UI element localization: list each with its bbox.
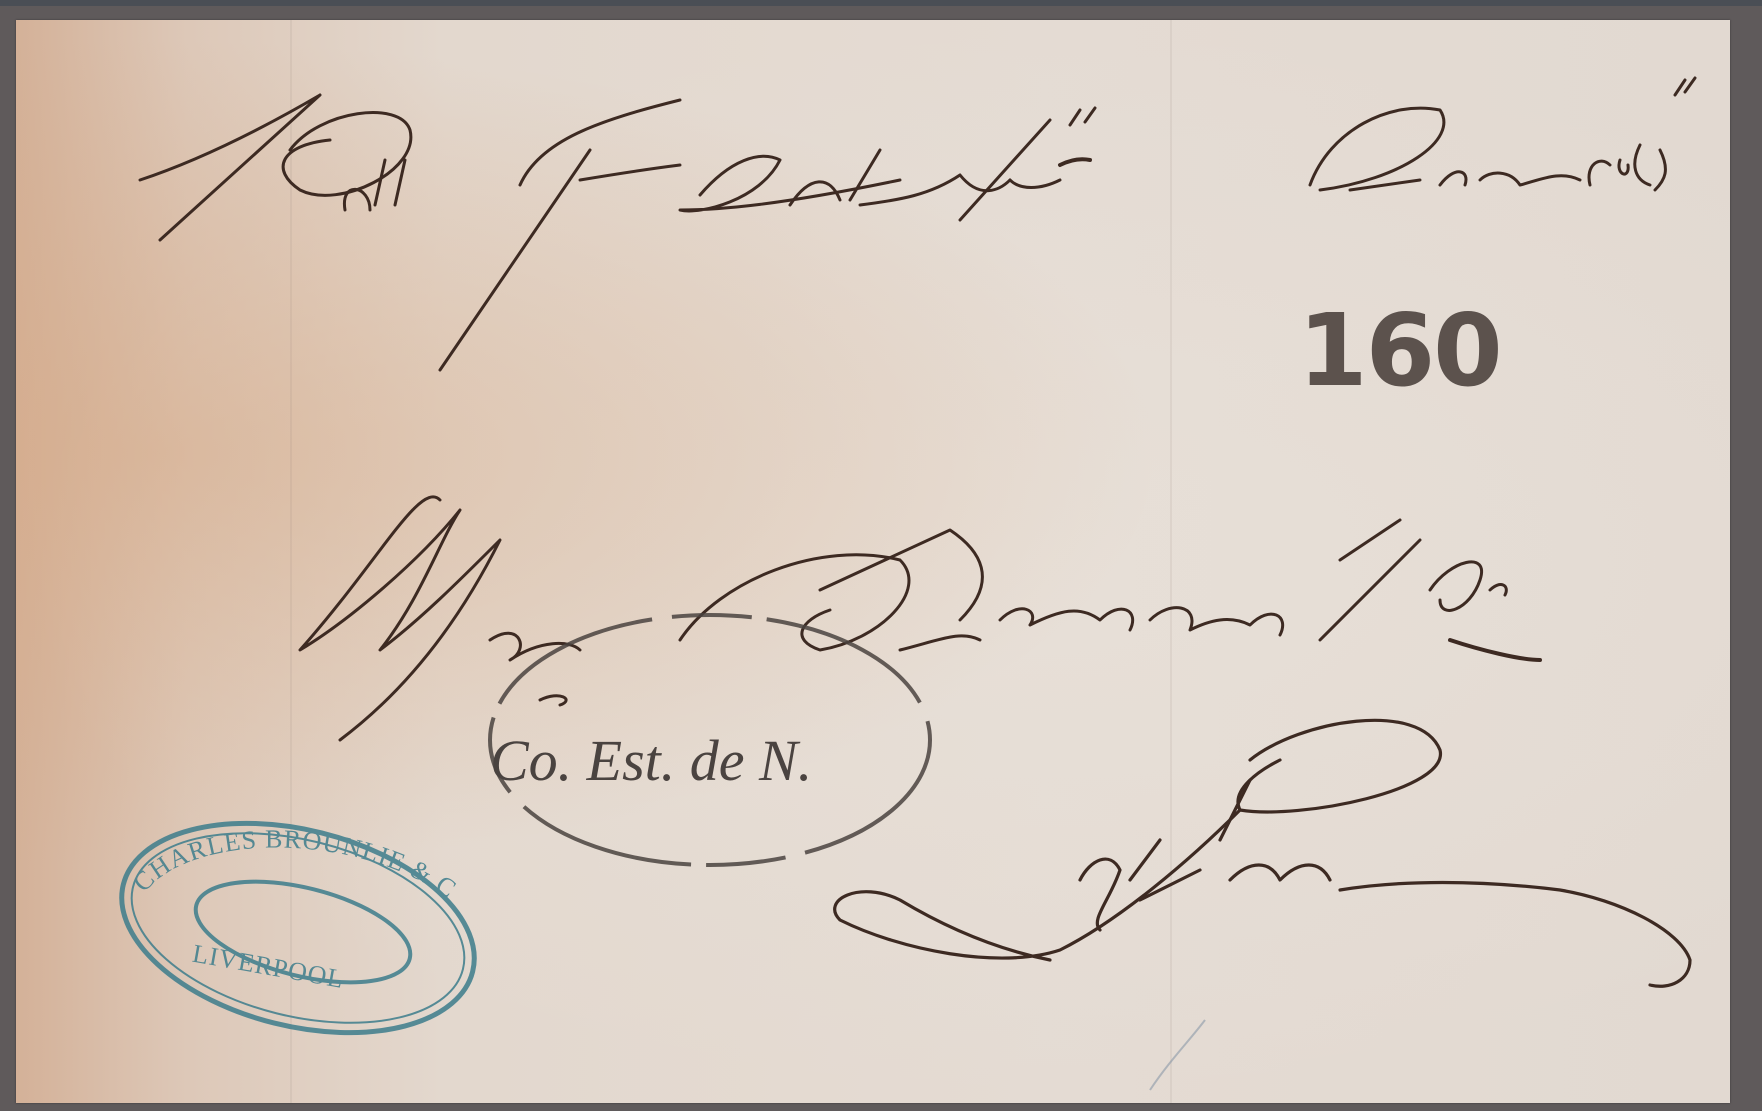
handwriting-layer: Co. Est. de N. CHARLES BROUNLIE & Cº LIV… [0,0,1762,1111]
svg-text:Co. Est. de N.: Co. Est. de N. [490,728,812,793]
handwritten-line-2 [300,497,1540,740]
black-oval-cachet: Co. Est. de N. [490,615,930,865]
rate-stamp-160: 160 [1298,292,1501,409]
blue-stamp-top-text: CHARLES BROUNLIE & Cº [0,0,462,904]
blue-stamp-bottom-text: LIVERPOOL [190,939,346,994]
handwritten-line-3 [835,720,1690,986]
